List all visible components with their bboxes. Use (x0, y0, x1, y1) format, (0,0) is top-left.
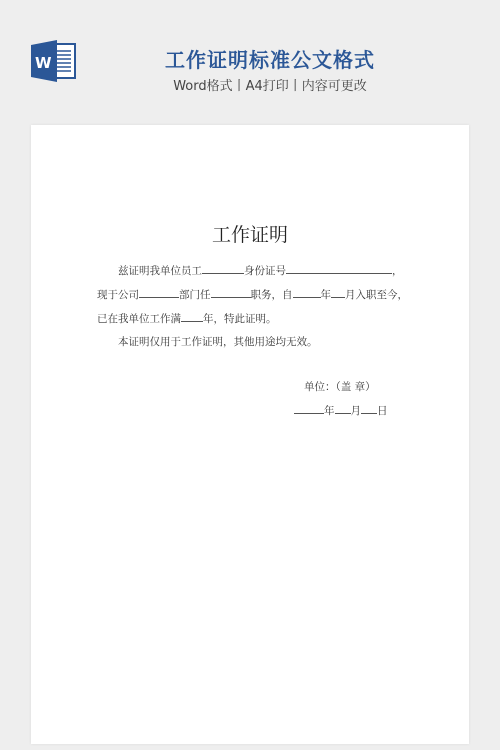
text: ， (392, 265, 403, 277)
header: W 工作证明标准公文格式 Word格式丨A4打印丨内容可更改 (0, 0, 500, 125)
text: 日 (377, 405, 388, 417)
date-year-blank (294, 403, 324, 414)
text: 兹证明我单位员工 (118, 265, 202, 277)
paragraph-3: 已在我单位工作满年，特此证明。 (97, 311, 277, 326)
date-day-blank (361, 403, 377, 414)
text: 身份证号 (244, 265, 286, 277)
paragraph-2: 现于公司部门任职务，自年月入职至今， (97, 287, 408, 302)
id-number-blank (286, 263, 392, 274)
text: 年 (324, 405, 335, 417)
years-worked-blank (181, 311, 203, 322)
document-page: 工作证明 兹证明我单位员工身份证号， 现于公司部门任职务，自年月入职至今， 已在… (31, 125, 469, 744)
page-title: 工作证明标准公文格式 (0, 44, 500, 73)
year-blank (293, 287, 321, 298)
text: 年 (321, 289, 332, 301)
text: 部门任 (179, 289, 211, 301)
company-blank (139, 287, 179, 298)
department-blank (211, 287, 251, 298)
text: 现于公司 (97, 289, 139, 301)
paragraph-1: 兹证明我单位员工身份证号， (118, 263, 403, 278)
page-subtitle: Word格式丨A4打印丨内容可更改 (0, 75, 500, 94)
date-month-blank (335, 403, 351, 414)
text: 职务，自 (251, 289, 293, 301)
month-blank (331, 287, 345, 298)
signature-date: 年月日 (294, 403, 388, 418)
text: 已在我单位工作满 (97, 313, 181, 325)
text: 年，特此证明。 (203, 313, 277, 325)
employee-name-blank (202, 263, 244, 274)
certificate-title: 工作证明 (31, 220, 469, 247)
paragraph-4: 本证明仅用于工作证明，其他用途均无效。 (118, 334, 318, 349)
signature-unit: 单位：（盖 章） (304, 379, 376, 394)
text: 月 (351, 405, 362, 417)
text: 月入职至今， (345, 289, 408, 301)
